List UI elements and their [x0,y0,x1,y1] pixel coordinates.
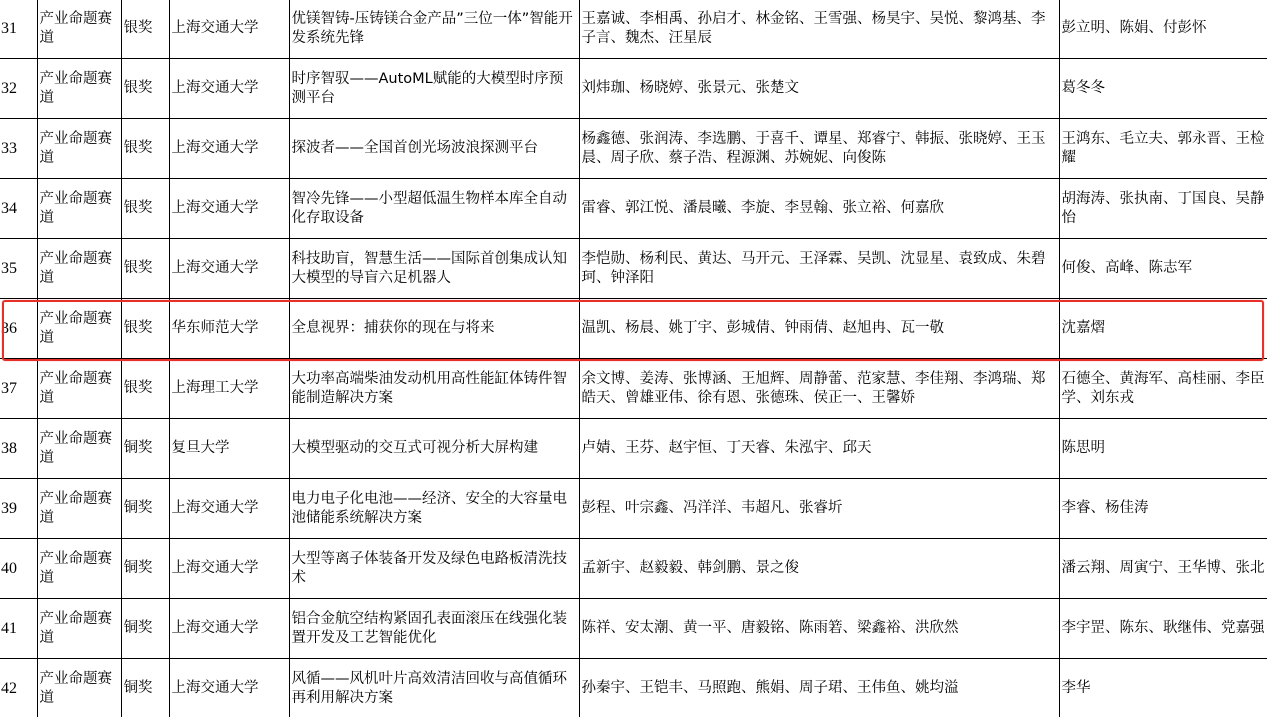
team-members-cell: 刘炜珈、杨晓婷、张景元、张楚文 [579,59,1059,119]
advisors-cell: 葛冬冬 [1059,59,1267,119]
school-cell: 华东师范大学 [169,299,289,359]
school-cell: 上海交通大学 [169,0,289,59]
row-number: 38 [0,419,37,479]
project-name-cell: 铝合金航空结构紧固孔表面滚压在线强化装置开发及工艺智能优化 [289,599,579,659]
project-name-cell: 风循——风机叶片高效清洁回收与高值循环再利用解决方案 [289,659,579,717]
row-number: 37 [0,359,37,419]
advisors-cell: 胡海涛、张执南、丁国良、吴静怡 [1059,179,1267,239]
row-number: 36 [0,299,37,359]
row-number: 31 [0,0,37,59]
advisors-cell: 李睿、杨佳涛 [1059,479,1267,539]
advisors-cell: 石德全、黄海军、高桂丽、李臣学、刘东戎 [1059,359,1267,419]
track-cell: 产业命题赛道 [37,119,121,179]
table-body: 31产业命题赛道银奖上海交通大学优镁智铸-压铸镁合金产品”三位一体”智能开发系统… [0,0,1267,717]
award-cell: 铜奖 [121,479,169,539]
team-members-cell: 杨鑫德、张润涛、李选鹏、于喜千、谭星、郑睿宁、韩振、张晓婷、王玉晨、周子欣、蔡子… [579,119,1059,179]
track-cell: 产业命题赛道 [37,419,121,479]
award-cell: 银奖 [121,299,169,359]
row-number: 32 [0,59,37,119]
team-members-cell: 陈祥、安太潮、黄一平、唐毅铭、陈雨箬、梁鑫裕、洪欣然 [579,599,1059,659]
row-number: 42 [0,659,37,717]
team-members-cell: 余文博、姜涛、张博涵、王旭辉、周静蕾、范家慧、李佳翔、李鸿瑞、郑皓天、曾雄亚伟、… [579,359,1059,419]
advisors-cell: 陈思明 [1059,419,1267,479]
table-row: 32产业命题赛道银奖上海交通大学时序智驭——AutoML赋能的大模型时序预测平台… [0,59,1267,119]
school-cell: 复旦大学 [169,419,289,479]
team-members-cell: 孟新宇、赵毅毅、韩剑鹏、景之俊 [579,539,1059,599]
table-row: 33产业命题赛道银奖上海交通大学探波者——全国首创光场波浪探测平台杨鑫德、张润涛… [0,119,1267,179]
project-name-cell: 大模型驱动的交互式可视分析大屏构建 [289,419,579,479]
school-cell: 上海交通大学 [169,539,289,599]
award-cell: 铜奖 [121,539,169,599]
track-cell: 产业命题赛道 [37,479,121,539]
table-row: 39产业命题赛道铜奖上海交通大学电力电子化电池——经济、安全的大容量电池储能系统… [0,479,1267,539]
award-cell: 银奖 [121,119,169,179]
track-cell: 产业命题赛道 [37,659,121,717]
award-cell: 银奖 [121,179,169,239]
table-row: 31产业命题赛道银奖上海交通大学优镁智铸-压铸镁合金产品”三位一体”智能开发系统… [0,0,1267,59]
school-cell: 上海交通大学 [169,119,289,179]
track-cell: 产业命题赛道 [37,179,121,239]
team-members-cell: 彭程、叶宗鑫、冯洋洋、韦超凡、张睿圻 [579,479,1059,539]
table-row: 38产业命题赛道铜奖复旦大学大模型驱动的交互式可视分析大屏构建卢婧、王芬、赵宇恒… [0,419,1267,479]
track-cell: 产业命题赛道 [37,299,121,359]
track-cell: 产业命题赛道 [37,239,121,299]
row-number: 35 [0,239,37,299]
school-cell: 上海交通大学 [169,179,289,239]
school-cell: 上海交通大学 [169,59,289,119]
school-cell: 上海交通大学 [169,659,289,717]
track-cell: 产业命题赛道 [37,539,121,599]
advisors-cell: 彭立明、陈娟、付彭怀 [1059,0,1267,59]
row-number: 40 [0,539,37,599]
advisors-cell: 李华 [1059,659,1267,717]
school-cell: 上海交通大学 [169,599,289,659]
team-members-cell: 王嘉诚、李相禹、孙启才、林金铭、王雪强、杨昊宇、吴悦、黎鸿基、李子言、魏杰、汪星… [579,0,1059,59]
track-cell: 产业命题赛道 [37,0,121,59]
table-row: 34产业命题赛道银奖上海交通大学智冷先锋——小型超低温生物样本库全自动化存取设备… [0,179,1267,239]
school-cell: 上海交通大学 [169,239,289,299]
award-cell: 银奖 [121,239,169,299]
row-number: 33 [0,119,37,179]
award-cell: 银奖 [121,359,169,419]
table-row: 35产业命题赛道银奖上海交通大学科技助盲，智慧生活——国际首创集成认知大模型的导… [0,239,1267,299]
advisors-cell: 何俊、高峰、陈志军 [1059,239,1267,299]
award-cell: 铜奖 [121,599,169,659]
project-name-cell: 电力电子化电池——经济、安全的大容量电池储能系统解决方案 [289,479,579,539]
advisors-cell: 李宇罡、陈东、耿继伟、党嘉强 [1059,599,1267,659]
table-row: 36产业命题赛道银奖华东师范大学全息视界：捕获你的现在与将来温凯、杨晨、姚丁宇、… [0,299,1267,359]
track-cell: 产业命题赛道 [37,59,121,119]
project-name-cell: 智冷先锋——小型超低温生物样本库全自动化存取设备 [289,179,579,239]
table-row: 41产业命题赛道铜奖上海交通大学铝合金航空结构紧固孔表面滚压在线强化装置开发及工… [0,599,1267,659]
award-cell: 铜奖 [121,419,169,479]
row-number: 41 [0,599,37,659]
team-members-cell: 雷睿、郭江悦、潘晨曦、李旋、李昱翰、张立裕、何嘉欣 [579,179,1059,239]
team-members-cell: 孙秦宇、王铠丰、马照跑、熊娟、周子珺、王伟鱼、姚均溢 [579,659,1059,717]
advisors-cell: 沈嘉熠 [1059,299,1267,359]
award-results-table: 31产业命题赛道银奖上海交通大学优镁智铸-压铸镁合金产品”三位一体”智能开发系统… [0,0,1267,717]
school-cell: 上海理工大学 [169,359,289,419]
award-cell: 银奖 [121,0,169,59]
project-name-cell: 探波者——全国首创光场波浪探测平台 [289,119,579,179]
row-number: 39 [0,479,37,539]
track-cell: 产业命题赛道 [37,359,121,419]
project-name-cell: 时序智驭——AutoML赋能的大模型时序预测平台 [289,59,579,119]
award-cell: 银奖 [121,59,169,119]
advisors-cell: 王鸿东、毛立夫、郭永晋、王检耀 [1059,119,1267,179]
table-row: 42产业命题赛道铜奖上海交通大学风循——风机叶片高效清洁回收与高值循环再利用解决… [0,659,1267,717]
team-members-cell: 卢婧、王芬、赵宇恒、丁天睿、朱泓宇、邱天 [579,419,1059,479]
project-name-cell: 优镁智铸-压铸镁合金产品”三位一体”智能开发系统先锋 [289,0,579,59]
advisors-cell: 潘云翔、周寅宁、王华博、张北 [1059,539,1267,599]
award-cell: 铜奖 [121,659,169,717]
track-cell: 产业命题赛道 [37,599,121,659]
team-members-cell: 温凯、杨晨、姚丁宇、彭城倩、钟雨倩、赵旭冉、瓦一敬 [579,299,1059,359]
table-row: 37产业命题赛道银奖上海理工大学大功率高端柴油发动机用高性能缸体铸件智能制造解决… [0,359,1267,419]
project-name-cell: 科技助盲，智慧生活——国际首创集成认知大模型的导盲六足机器人 [289,239,579,299]
team-members-cell: 李恺勋、杨利民、黄达、马开元、王泽霖、吴凯、沈显星、袁致成、朱碧珂、钟泽阳 [579,239,1059,299]
project-name-cell: 大型等离子体装备开发及绿色电路板清洗技术 [289,539,579,599]
row-number: 34 [0,179,37,239]
table-row: 40产业命题赛道铜奖上海交通大学大型等离子体装备开发及绿色电路板清洗技术孟新宇、… [0,539,1267,599]
project-name-cell: 大功率高端柴油发动机用高性能缸体铸件智能制造解决方案 [289,359,579,419]
school-cell: 上海交通大学 [169,479,289,539]
project-name-cell: 全息视界：捕获你的现在与将来 [289,299,579,359]
